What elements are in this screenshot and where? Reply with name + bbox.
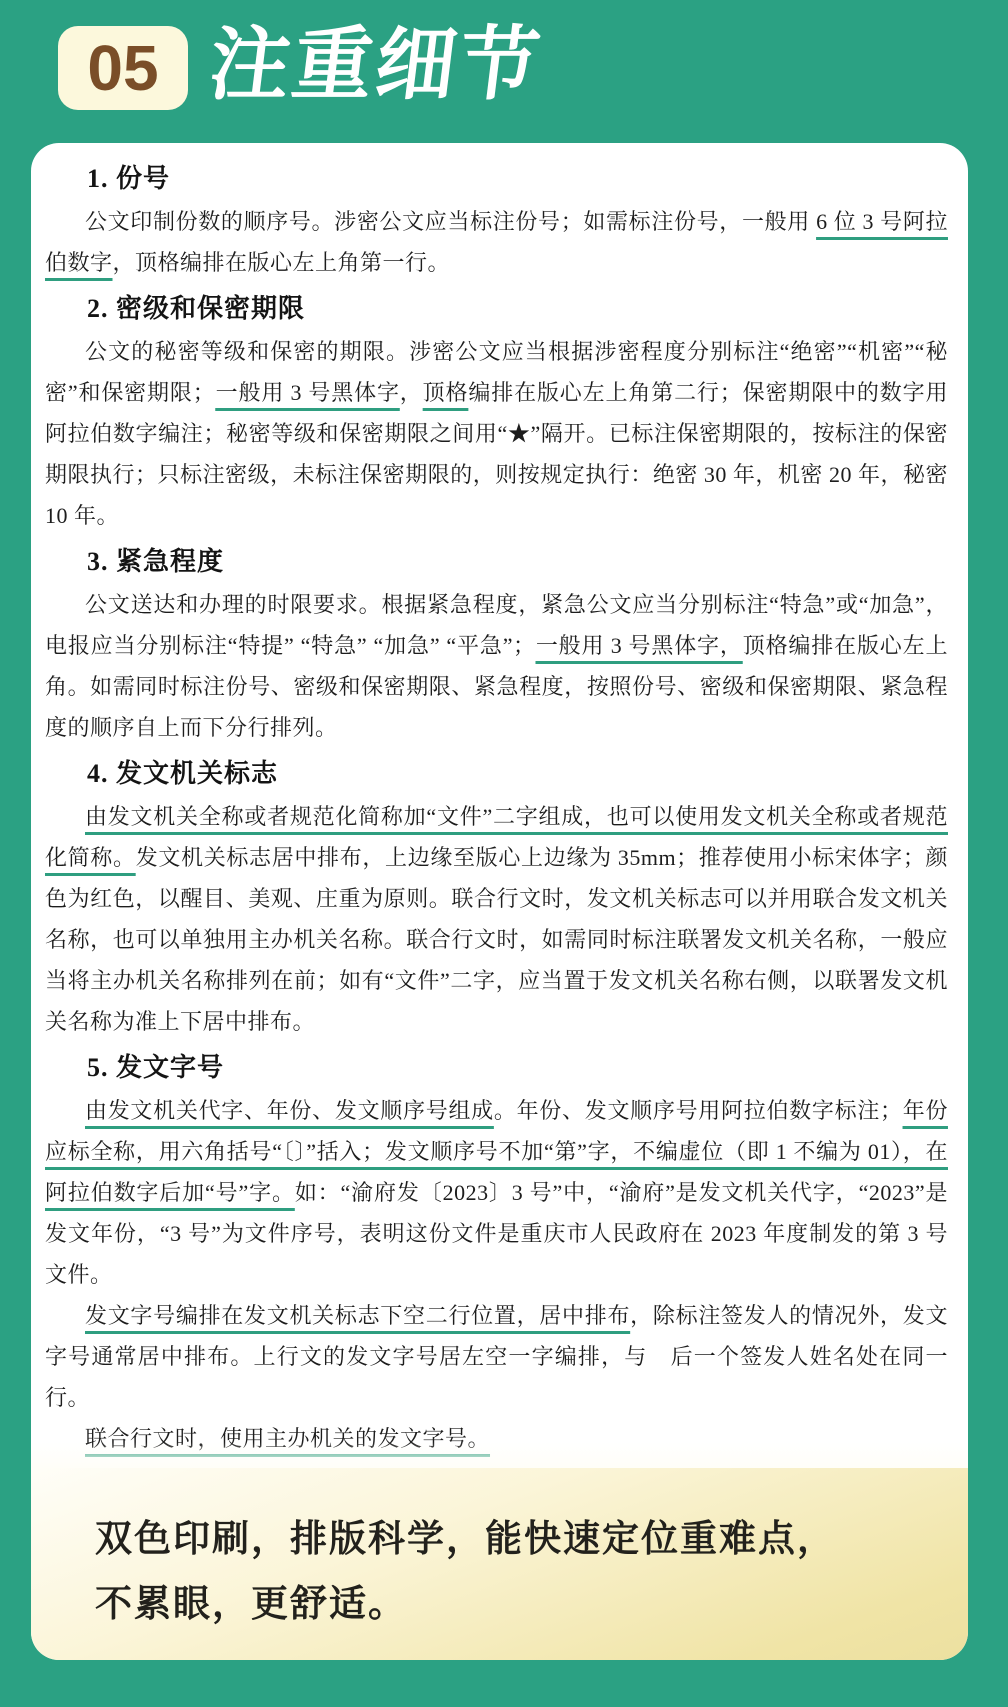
underlined-phrase: 发文字号编排在发文机关标志下空二行位置，居中排布 — [85, 1303, 630, 1328]
underlined-phrase: 由发文机关代字、年份、发文顺序号组成 — [85, 1098, 494, 1123]
section-number-badge: 05 — [58, 26, 188, 110]
text-segment: 公文印制份数的顺序号。涉密公文应当标注份号；如需标注份号，一般用 — [85, 209, 816, 234]
footer-line: 不累眼，更舒适。 — [95, 1571, 938, 1636]
underlined-phrase: 一般用 3 号黑体字 — [215, 380, 400, 405]
section-heading: 4. 发文机关标志 — [87, 752, 948, 796]
page-title: 注重细节 — [203, 10, 549, 120]
text-segment: ，顶格编排在版心左上角第一行。 — [113, 250, 451, 275]
text-segment: ， — [400, 380, 423, 405]
footer-note-panel: 双色印刷，排版科学，能快速定位重难点， 不累眼，更舒适。 — [31, 1468, 968, 1660]
section-copy-number: 1. 份号 公文印制份数的顺序号。涉密公文应当标注份号；如需标注份号，一般用 6… — [45, 157, 948, 283]
section-heading: 5. 发文字号 — [87, 1046, 948, 1090]
section-number: 05 — [87, 31, 158, 105]
section-heading: 2. 密级和保密期限 — [87, 287, 948, 331]
section-urgency: 3. 紧急程度 公文送达和办理的时限要求。根据紧急程度，紧急公文应当分别标注“特… — [45, 540, 948, 748]
page: 05 注重细节 1. 份号 公文印制份数的顺序号。涉密公文应当标注份号；如需标注… — [0, 0, 1008, 1707]
section-issuing-authority-mark: 4. 发文机关标志 由发文机关全称或者规范化简称加“文件”二字组成，也可以使用发… — [45, 752, 948, 1042]
text-segment: 发文机关标志居中排布，上边缘至版心上边缘为 35mm；推荐使用小标宋体字；颜色为… — [45, 845, 948, 1034]
section-paragraph: 公文的秘密等级和保密的期限。涉密公文应当根据涉密程度分别标注“绝密”“机密”“秘… — [45, 331, 948, 536]
section-paragraph: 公文送达和办理的时限要求。根据紧急程度，紧急公文应当分别标注“特急”或“加急”，… — [45, 584, 948, 748]
content-card: 1. 份号 公文印制份数的顺序号。涉密公文应当标注份号；如需标注份号，一般用 6… — [31, 143, 968, 1660]
section-document-number: 5. 发文字号 由发文机关代字、年份、发文顺序号组成。年份、发文顺序号用阿拉伯数… — [45, 1046, 948, 1459]
card-content: 1. 份号 公文印制份数的顺序号。涉密公文应当标注份号；如需标注份号，一般用 6… — [31, 143, 968, 1660]
footer-line: 双色印刷，排版科学，能快速定位重难点， — [95, 1506, 938, 1571]
section-heading: 1. 份号 — [87, 157, 948, 201]
section-paragraph: 由发文机关代字、年份、发文顺序号组成。年份、发文顺序号用阿拉伯数字标注；年份应标… — [45, 1090, 948, 1295]
section-paragraph: 由发文机关全称或者规范化简称加“文件”二字组成，也可以使用发文机关全称或者规范化… — [45, 796, 948, 1042]
underlined-phrase: 顶格 — [423, 380, 469, 405]
underlined-phrase: 一般用 3 号黑体字， — [535, 633, 742, 658]
section-heading: 3. 紧急程度 — [87, 540, 948, 584]
section-security-level: 2. 密级和保密期限 公文的秘密等级和保密的期限。涉密公文应当根据涉密程度分别标… — [45, 287, 948, 536]
section-paragraph: 发文字号编排在发文机关标志下空二行位置，居中排布，除标注签发人的情况外，发文字号… — [45, 1295, 948, 1418]
section-paragraph: 公文印制份数的顺序号。涉密公文应当标注份号；如需标注份号，一般用 6 位 3 号… — [45, 201, 948, 283]
text-segment: 。年份、发文顺序号用阿拉伯数字标注； — [494, 1098, 903, 1123]
